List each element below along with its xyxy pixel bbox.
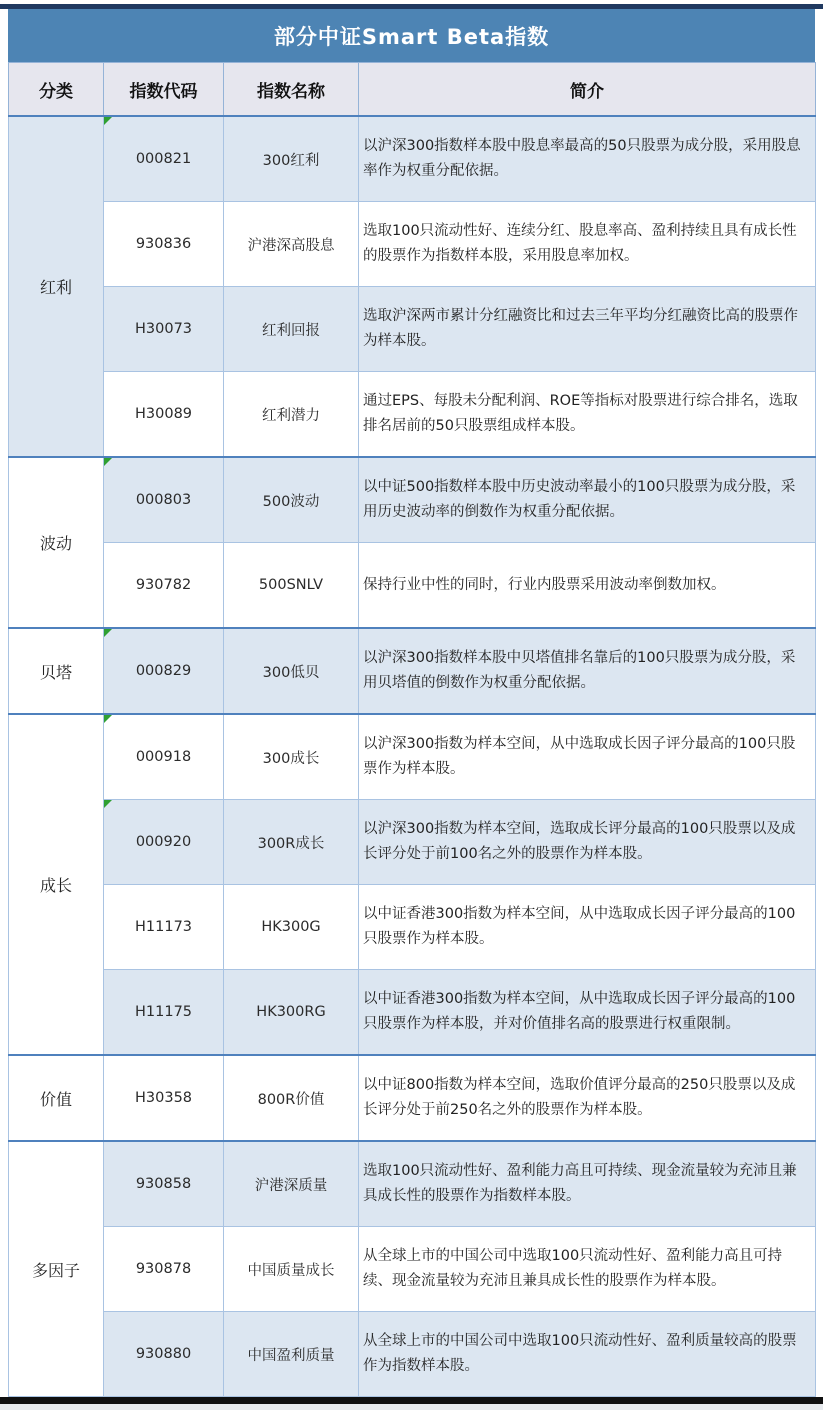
- index-code-cell: 000821: [104, 116, 224, 202]
- category-cell: 贝塔: [9, 628, 104, 714]
- green-triangle-marker-icon: [104, 629, 112, 637]
- index-name-cell: 300低贝: [224, 628, 359, 714]
- index-code-cell: H30089: [104, 372, 224, 458]
- index-code: 930880: [136, 1346, 191, 1362]
- index-code: 000918: [136, 749, 191, 765]
- table-row: H11173HK300G以中证香港300指数为样本空间，从中选取成长因子评分最高…: [9, 885, 816, 970]
- index-name-cell: 300R成长: [224, 800, 359, 885]
- index-description: 以沪深300指数样本股中贝塔值排名靠后的100只股票为成分股，采用贝塔值的倒数作…: [363, 650, 795, 691]
- index-description: 以中证500指数样本股中历史波动率最小的100只股票为成分股，采用历史波动率的倒…: [363, 479, 795, 520]
- index-name-cell: 300成长: [224, 714, 359, 800]
- category-cell: 红利: [9, 116, 104, 457]
- category-cell: 价值: [9, 1055, 104, 1141]
- index-code: 930858: [136, 1176, 191, 1192]
- index-name: HK300G: [261, 919, 320, 935]
- index-name: 红利潜力: [262, 408, 320, 424]
- index-code: 930782: [136, 577, 191, 593]
- index-code-cell: 000803: [104, 457, 224, 543]
- bottom-margin-strip: [0, 1404, 823, 1410]
- index-code-cell: H11173: [104, 885, 224, 970]
- index-description: 以中证香港300指数为样本空间，从中选取成长因子评分最高的100只股票作为样本股…: [363, 991, 795, 1032]
- table-row: 波动000803500波动以中证500指数样本股中历史波动率最小的100只股票为…: [9, 457, 816, 543]
- table-row: 930878中国质量成长从全球上市的中国公司中选取100只流动性好、盈利能力高且…: [9, 1227, 816, 1312]
- index-name: HK300RG: [256, 1004, 325, 1020]
- index-table: 分类 指数代码 指数名称 简介 红利000821300红利以沪深300指数样本股…: [8, 62, 816, 1397]
- index-description-cell: 通过EPS、每股未分配利润、ROE等指标对股票进行综合排名，选取排名居前的50只…: [359, 372, 816, 458]
- index-description-cell: 选取100只流动性好、连续分红、股息率高、盈利持续且具有成长性的股票作为指数样本…: [359, 202, 816, 287]
- index-description: 通过EPS、每股未分配利润、ROE等指标对股票进行综合排名，选取排名居前的50只…: [363, 393, 798, 434]
- index-code-cell: 000920: [104, 800, 224, 885]
- index-code: H30358: [135, 1090, 192, 1106]
- index-code: 000829: [136, 663, 191, 679]
- index-code: 930878: [136, 1261, 191, 1277]
- index-name-cell: 300红利: [224, 116, 359, 202]
- index-code-cell: H30358: [104, 1055, 224, 1141]
- index-description: 从全球上市的中国公司中选取100只流动性好、盈利质量较高的股票作为指数样本股。: [363, 1333, 797, 1374]
- index-description-cell: 以中证800指数为样本空间，选取价值评分最高的250只股票以及成长评分处于前25…: [359, 1055, 816, 1141]
- index-code: 930836: [136, 236, 191, 252]
- category-cell: 成长: [9, 714, 104, 1055]
- category-label: 波动: [40, 534, 72, 553]
- category-label: 贝塔: [40, 663, 72, 682]
- index-code-cell: 000829: [104, 628, 224, 714]
- index-name-cell: HK300RG: [224, 970, 359, 1056]
- index-description-cell: 以沪深300指数为样本空间，选取成长评分最高的100只股票以及成长评分处于前10…: [359, 800, 816, 885]
- index-code-cell: 930858: [104, 1141, 224, 1227]
- table-row: 成长000918300成长以沪深300指数为样本空间，从中选取成长因子评分最高的…: [9, 714, 816, 800]
- index-code-cell: 930878: [104, 1227, 224, 1312]
- index-description-cell: 以中证香港300指数为样本空间，从中选取成长因子评分最高的100只股票作为样本股…: [359, 970, 816, 1056]
- index-name: 800R价值: [258, 1092, 325, 1108]
- green-triangle-marker-icon: [104, 800, 112, 808]
- index-code-cell: 930836: [104, 202, 224, 287]
- index-name-cell: 红利回报: [224, 287, 359, 372]
- index-code-cell: 930782: [104, 543, 224, 629]
- table-row: 930782500SNLV保持行业中性的同时，行业内股票采用波动率倒数加权。: [9, 543, 816, 629]
- index-code: H11173: [135, 919, 192, 935]
- index-code-cell: H30073: [104, 287, 224, 372]
- table-header-row: 分类 指数代码 指数名称 简介: [9, 63, 816, 117]
- index-description-cell: 从全球上市的中国公司中选取100只流动性好、盈利质量较高的股票作为指数样本股。: [359, 1312, 816, 1397]
- table-row: H30089红利潜力通过EPS、每股未分配利润、ROE等指标对股票进行综合排名，…: [9, 372, 816, 458]
- index-description: 保持行业中性的同时，行业内股票采用波动率倒数加权。: [363, 577, 726, 593]
- index-description-cell: 以沪深300指数样本股中股息率最高的50只股票为成分股，采用股息率作为权重分配依…: [359, 116, 816, 202]
- index-name: 沪港深质量: [255, 1178, 328, 1194]
- green-triangle-marker-icon: [104, 117, 112, 125]
- index-name-cell: 沪港深质量: [224, 1141, 359, 1227]
- index-description-cell: 以中证香港300指数为样本空间，从中选取成长因子评分最高的100只股票作为样本股…: [359, 885, 816, 970]
- col-header-index-code: 指数代码: [104, 63, 224, 117]
- index-description: 以中证800指数为样本空间，选取价值评分最高的250只股票以及成长评分处于前25…: [363, 1077, 795, 1118]
- index-description-cell: 以沪深300指数样本股中贝塔值排名靠后的100只股票为成分股，采用贝塔值的倒数作…: [359, 628, 816, 714]
- table-row: H30073红利回报选取沪深两市累计分红融资比和过去三年平均分红融资比高的股票作…: [9, 287, 816, 372]
- index-name-cell: 中国质量成长: [224, 1227, 359, 1312]
- index-description-cell: 从全球上市的中国公司中选取100只流动性好、盈利能力高且可持续、现金流量较为充沛…: [359, 1227, 816, 1312]
- index-name-cell: 800R价值: [224, 1055, 359, 1141]
- index-description: 选取沪深两市累计分红融资比和过去三年平均分红融资比高的股票作为样本股。: [363, 308, 798, 349]
- index-name-cell: 500SNLV: [224, 543, 359, 629]
- index-description-cell: 以中证500指数样本股中历史波动率最小的100只股票为成分股，采用历史波动率的倒…: [359, 457, 816, 543]
- table-row: 价值H30358800R价值以中证800指数为样本空间，选取价值评分最高的250…: [9, 1055, 816, 1141]
- index-code: H30089: [135, 406, 192, 422]
- page: 部分中证Smart Beta指数 分类 指数代码 指数名称 简介 红利00082…: [0, 4, 823, 1410]
- col-header-index-name: 指数名称: [224, 63, 359, 117]
- category-cell: 波动: [9, 457, 104, 628]
- table-row: 红利000821300红利以沪深300指数样本股中股息率最高的50只股票为成分股…: [9, 116, 816, 202]
- col-header-description: 简介: [359, 63, 816, 117]
- index-code: H30073: [135, 321, 192, 337]
- index-name: 500SNLV: [259, 577, 323, 593]
- smart-beta-table: 部分中证Smart Beta指数 分类 指数代码 指数名称 简介 红利00082…: [8, 9, 815, 1397]
- index-name: 沪港深高股息: [248, 238, 335, 254]
- index-name-cell: 500波动: [224, 457, 359, 543]
- table-row: 000920300R成长以沪深300指数为样本空间，选取成长评分最高的100只股…: [9, 800, 816, 885]
- index-code: 000920: [136, 834, 191, 850]
- index-name: 500波动: [263, 494, 320, 510]
- index-code-cell: H11175: [104, 970, 224, 1056]
- table-row: 930880中国盈利质量从全球上市的中国公司中选取100只流动性好、盈利质量较高…: [9, 1312, 816, 1397]
- category-cell: 多因子: [9, 1141, 104, 1397]
- green-triangle-marker-icon: [104, 715, 112, 723]
- index-description: 以沪深300指数为样本空间，选取成长评分最高的100只股票以及成长评分处于前10…: [363, 821, 795, 862]
- bottom-rule: [0, 1397, 823, 1404]
- index-code-cell: 930880: [104, 1312, 224, 1397]
- category-label: 成长: [40, 876, 72, 895]
- index-name: 红利回报: [262, 323, 320, 339]
- index-code-cell: 000918: [104, 714, 224, 800]
- index-name: 300红利: [263, 153, 320, 169]
- index-code: H11175: [135, 1004, 192, 1020]
- table-row: 930836沪港深高股息选取100只流动性好、连续分红、股息率高、盈利持续且具有…: [9, 202, 816, 287]
- index-name: 300成长: [263, 751, 320, 767]
- index-code: 000803: [136, 492, 191, 508]
- index-description: 以中证香港300指数为样本空间，从中选取成长因子评分最高的100只股票作为样本股…: [363, 906, 795, 947]
- category-label: 红利: [40, 278, 72, 297]
- index-description: 以沪深300指数样本股中股息率最高的50只股票为成分股，采用股息率作为权重分配依…: [363, 138, 801, 179]
- index-name: 中国质量成长: [248, 1263, 335, 1279]
- index-name-cell: 中国盈利质量: [224, 1312, 359, 1397]
- table-title: 部分中证Smart Beta指数: [8, 9, 815, 62]
- index-description: 选取100只流动性好、盈利能力高且可持续、现金流量较为充沛且兼具成长性的股票作为…: [363, 1163, 797, 1204]
- category-label: 价值: [40, 1090, 72, 1109]
- index-name-cell: 红利潜力: [224, 372, 359, 458]
- index-name: 300R成长: [258, 836, 325, 852]
- index-description: 选取100只流动性好、连续分红、股息率高、盈利持续且具有成长性的股票作为指数样本…: [363, 223, 797, 264]
- index-description-cell: 选取沪深两市累计分红融资比和过去三年平均分红融资比高的股票作为样本股。: [359, 287, 816, 372]
- index-name: 300低贝: [263, 665, 320, 681]
- index-name: 中国盈利质量: [248, 1348, 335, 1364]
- index-description: 从全球上市的中国公司中选取100只流动性好、盈利能力高且可持续、现金流量较为充沛…: [363, 1248, 782, 1289]
- index-code: 000821: [136, 151, 191, 167]
- index-name-cell: 沪港深高股息: [224, 202, 359, 287]
- table-row: 贝塔000829300低贝以沪深300指数样本股中贝塔值排名靠后的100只股票为…: [9, 628, 816, 714]
- index-description-cell: 选取100只流动性好、盈利能力高且可持续、现金流量较为充沛且兼具成长性的股票作为…: [359, 1141, 816, 1227]
- index-description-cell: 保持行业中性的同时，行业内股票采用波动率倒数加权。: [359, 543, 816, 629]
- category-label: 多因子: [32, 1261, 80, 1280]
- table-row: H11175HK300RG以中证香港300指数为样本空间，从中选取成长因子评分最…: [9, 970, 816, 1056]
- index-description: 以沪深300指数为样本空间，从中选取成长因子评分最高的100只股票作为样本股。: [363, 736, 795, 777]
- table-row: 多因子930858沪港深质量选取100只流动性好、盈利能力高且可持续、现金流量较…: [9, 1141, 816, 1227]
- col-header-category: 分类: [9, 63, 104, 117]
- table-body: 红利000821300红利以沪深300指数样本股中股息率最高的50只股票为成分股…: [9, 116, 816, 1397]
- index-description-cell: 以沪深300指数为样本空间，从中选取成长因子评分最高的100只股票作为样本股。: [359, 714, 816, 800]
- index-name-cell: HK300G: [224, 885, 359, 970]
- green-triangle-marker-icon: [104, 458, 112, 466]
